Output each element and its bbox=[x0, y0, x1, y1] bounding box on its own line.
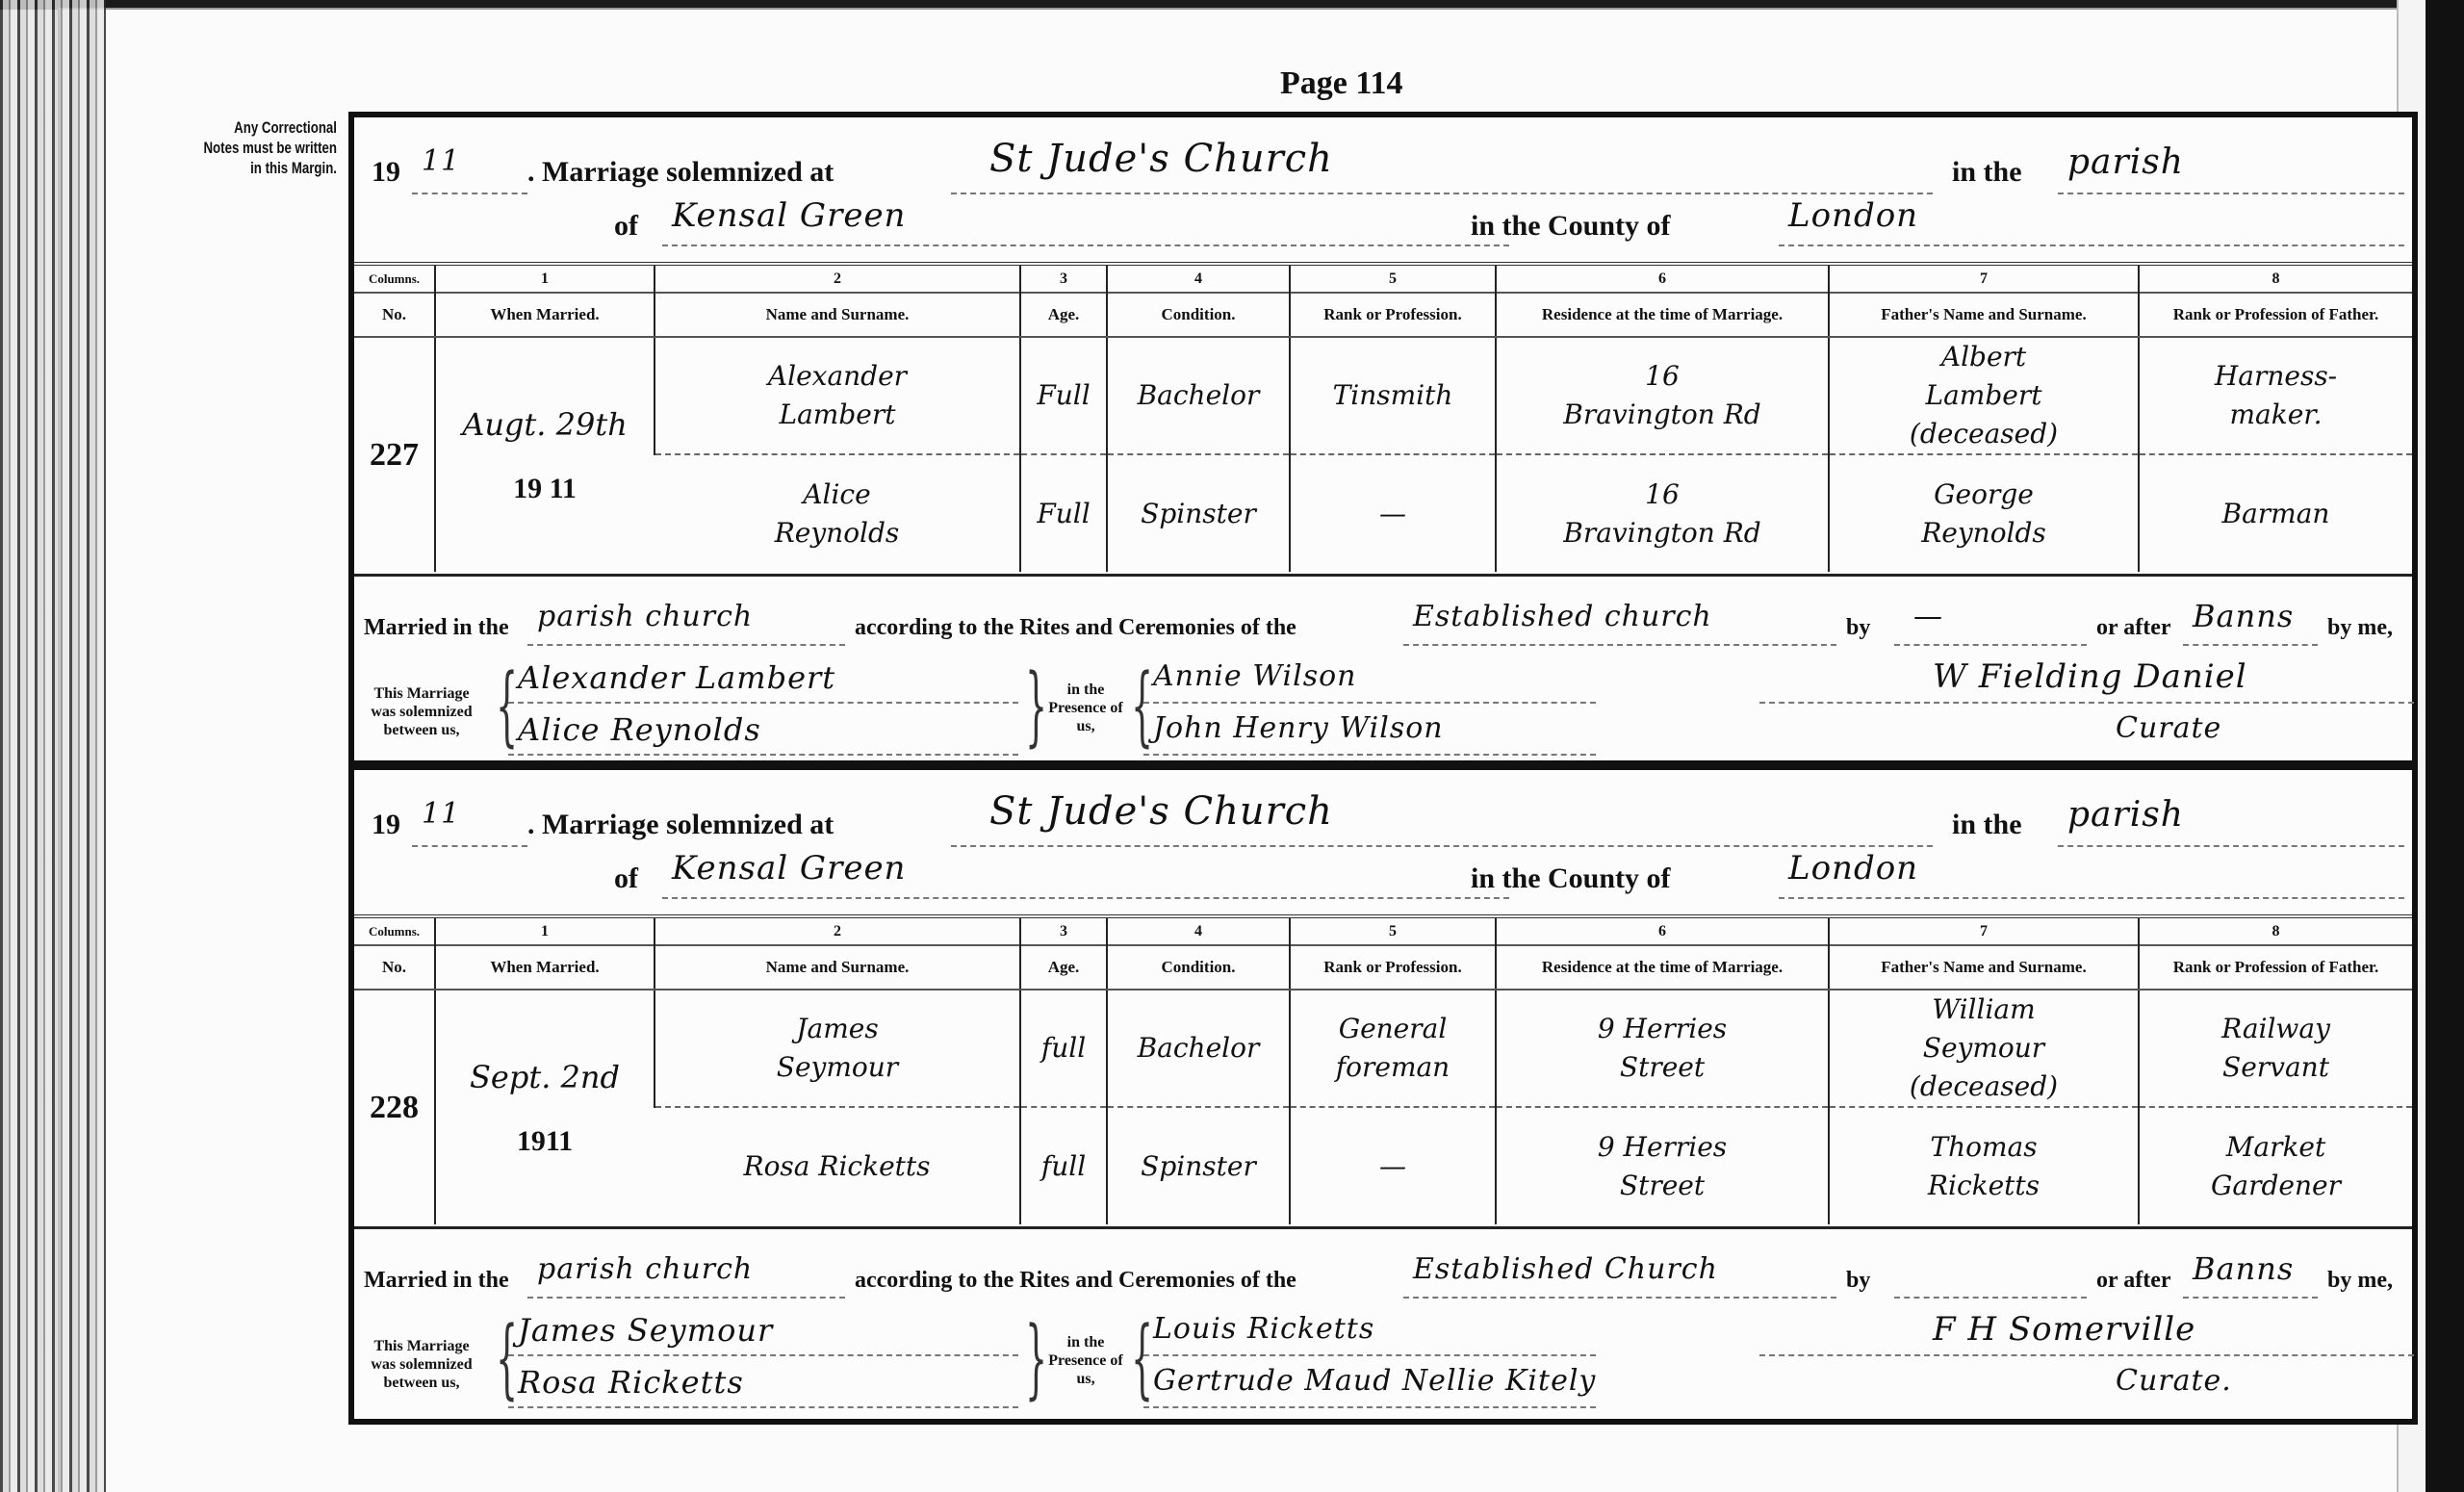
brace-left: { bbox=[496, 663, 518, 750]
rites-value: Established church bbox=[1413, 600, 1712, 633]
district-name: Kensal Green bbox=[672, 196, 906, 235]
entry-number: 228 bbox=[354, 990, 435, 1224]
bride-signature: Rosa Ricketts bbox=[518, 1364, 744, 1401]
in-the-label: in the bbox=[1952, 809, 2022, 841]
header-age: Age. bbox=[1020, 293, 1107, 337]
book-page-edges bbox=[0, 0, 106, 1492]
groom-signature: James Seymour bbox=[518, 1312, 773, 1349]
district-name: Kensal Green bbox=[672, 849, 906, 887]
rites-label: according to the Rites and Ceremonies of… bbox=[855, 1268, 1296, 1294]
header-father-profession: Rank or Profession of Father. bbox=[2139, 945, 2412, 990]
church-name: St Jude's Church bbox=[989, 789, 1333, 834]
county-name: London bbox=[1788, 849, 1918, 887]
groom-name: Alexander Lambert bbox=[654, 337, 1020, 454]
groom-residence: 9 Herries Street bbox=[1496, 990, 1829, 1107]
entry-number: 227 bbox=[354, 337, 435, 572]
groom-age: Full bbox=[1020, 337, 1107, 454]
header-residence: Residence at the time of Marriage. bbox=[1496, 945, 1829, 990]
header-residence: Residence at the time of Marriage. bbox=[1496, 293, 1829, 337]
bride-condition: Spinster bbox=[1107, 454, 1290, 572]
by-me-label: by me, bbox=[2327, 1268, 2393, 1294]
register-table: Columns. 1 2 3 4 5 6 7 8 No. When Marrie… bbox=[354, 914, 2412, 1224]
married-in-value: parish church bbox=[537, 600, 753, 633]
year-prefix: 19 bbox=[372, 809, 400, 841]
entry-footer: Married in the parish church according t… bbox=[354, 574, 2412, 766]
header-father-name: Father's Name and Surname. bbox=[1829, 293, 2139, 337]
header-name: Name and Surname. bbox=[654, 945, 1020, 990]
officiant-signature: W Fielding Daniel bbox=[1933, 657, 2247, 696]
rites-label: according to the Rites and Ceremonies of… bbox=[855, 615, 1296, 641]
entry-header: 19 11 . Marriage solemnized at St Jude's… bbox=[354, 117, 2412, 262]
entry-header: 19 11 . Marriage solemnized at St Jude's… bbox=[354, 770, 2412, 914]
bride-age: Full bbox=[1020, 454, 1107, 572]
married-in-label: Married in the bbox=[364, 1268, 509, 1294]
groom-profession: General foreman bbox=[1290, 990, 1496, 1107]
groom-father-profession: Railway Servant bbox=[2139, 990, 2412, 1107]
column-numbers: Columns. 1 2 3 4 5 6 7 8 bbox=[354, 916, 2412, 945]
brace-left: { bbox=[496, 1316, 518, 1402]
header-name: Name and Surname. bbox=[654, 293, 1020, 337]
year-value: 11 bbox=[422, 144, 460, 178]
county-name: London bbox=[1788, 196, 1918, 235]
bride-name: Rosa Ricketts bbox=[654, 1107, 1020, 1224]
church-name: St Jude's Church bbox=[989, 137, 1333, 181]
witness-1-signature: Annie Wilson bbox=[1153, 659, 1356, 693]
brace-right: { bbox=[1131, 1316, 1153, 1402]
header-no: No. bbox=[354, 293, 435, 337]
solemnized-between-label: This Marriage was solemnized between us, bbox=[364, 684, 479, 739]
column-numbers: Columns. 1 2 3 4 5 6 7 8 bbox=[354, 264, 2412, 293]
married-in-value: parish church bbox=[537, 1252, 753, 1286]
bride-father-profession: Barman bbox=[2139, 454, 2412, 572]
officiant-title: Curate. bbox=[2116, 1364, 2232, 1398]
district-type: parish bbox=[2067, 142, 2184, 182]
header-condition: Condition. bbox=[1107, 293, 1290, 337]
when-married-cell: Augt. 29th 19 11 bbox=[435, 337, 654, 572]
groom-father-name: Albert Lambert (deceased) bbox=[1829, 337, 2139, 454]
marriage-solemnized-label: . Marriage solemnized at bbox=[527, 156, 834, 189]
by-label: by bbox=[1846, 615, 1870, 641]
page-title: Page 114 bbox=[1280, 65, 1402, 102]
groom-condition: Bachelor bbox=[1107, 337, 1290, 454]
groom-residence: 16 Bravington Rd bbox=[1496, 337, 1829, 454]
brace-mid: } bbox=[1025, 663, 1047, 750]
bride-condition: Spinster bbox=[1107, 1107, 1290, 1224]
witness-2-signature: John Henry Wilson bbox=[1153, 711, 1444, 745]
rites-value: Established Church bbox=[1413, 1252, 1718, 1286]
when-married-cell: Sept. 2nd 1911 bbox=[435, 990, 654, 1224]
county-label: in the County of bbox=[1471, 862, 1671, 895]
marriage-entry: 19 11 . Marriage solemnized at St Jude's… bbox=[348, 760, 2418, 1425]
header-father-name: Father's Name and Surname. bbox=[1829, 945, 2139, 990]
header-when-married: When Married. bbox=[435, 945, 654, 990]
bride-profession: — bbox=[1290, 454, 1496, 572]
groom-age: full bbox=[1020, 990, 1107, 1107]
bride-father-profession: Market Gardener bbox=[2139, 1107, 2412, 1224]
when-married-date: Sept. 2nd bbox=[436, 1058, 654, 1096]
header-profession: Rank or Profession. bbox=[1290, 293, 1496, 337]
officiant-signature: F H Somerville bbox=[1933, 1310, 2195, 1349]
table-row-groom: 228 Sept. 2nd 1911 James Seymour full Ba… bbox=[354, 990, 2412, 1107]
witness-1-signature: Louis Ricketts bbox=[1153, 1312, 1374, 1346]
presence-label: in the Presence of us, bbox=[1047, 1333, 1124, 1388]
header-when-married: When Married. bbox=[435, 293, 654, 337]
header-age: Age. bbox=[1020, 945, 1107, 990]
or-after-label: or after bbox=[2096, 1268, 2171, 1294]
groom-profession: Tinsmith bbox=[1290, 337, 1496, 454]
groom-condition: Bachelor bbox=[1107, 990, 1290, 1107]
bride-name: Alice Reynolds bbox=[654, 454, 1020, 572]
scan-border bbox=[2425, 0, 2464, 1492]
by-label: by bbox=[1846, 1268, 1870, 1294]
when-married-date: Augt. 29th bbox=[436, 405, 654, 444]
groom-father-profession: Harness- maker. bbox=[2139, 337, 2412, 454]
brace-mid: } bbox=[1025, 1316, 1047, 1402]
table-row-bride: Alice Reynolds Full Spinster — 16 Bravin… bbox=[354, 454, 2412, 572]
register-table: Columns. 1 2 3 4 5 6 7 8 No. When Marrie… bbox=[354, 262, 2412, 572]
of-label: of bbox=[614, 210, 638, 243]
county-label: in the County of bbox=[1471, 210, 1671, 243]
of-label: of bbox=[614, 862, 638, 895]
bride-signature: Alice Reynolds bbox=[518, 711, 761, 748]
year-prefix: 19 bbox=[372, 156, 400, 189]
table-row-groom: 227 Augt. 29th 19 11 Alexander Lambert F… bbox=[354, 337, 2412, 454]
bride-father-name: George Reynolds bbox=[1829, 454, 2139, 572]
year-value: 11 bbox=[422, 797, 460, 831]
district-type: parish bbox=[2067, 795, 2184, 835]
bride-age: full bbox=[1020, 1107, 1107, 1224]
header-condition: Condition. bbox=[1107, 945, 1290, 990]
groom-father-name: William Seymour (deceased) bbox=[1829, 990, 2139, 1107]
bride-residence: 9 Herries Street bbox=[1496, 1107, 1829, 1224]
bride-father-name: Thomas Ricketts bbox=[1829, 1107, 2139, 1224]
married-in-label: Married in the bbox=[364, 615, 509, 641]
solemnized-between-label: This Marriage was solemnized between us, bbox=[364, 1337, 479, 1392]
marriage-solemnized-label: . Marriage solemnized at bbox=[527, 809, 834, 841]
column-headers: No. When Married. Name and Surname. Age.… bbox=[354, 293, 2412, 337]
header-father-profession: Rank or Profession of Father. bbox=[2139, 293, 2412, 337]
margin-note: Any Correctional Notes must be written i… bbox=[202, 117, 337, 178]
header-no: No. bbox=[354, 945, 435, 990]
brace-right: { bbox=[1131, 663, 1153, 750]
bride-residence: 16 Bravington Rd bbox=[1496, 454, 1829, 572]
when-married-year: 1911 bbox=[436, 1125, 654, 1158]
marriage-entry: 19 11 . Marriage solemnized at St Jude's… bbox=[348, 112, 2418, 766]
or-after-value: Banns bbox=[2193, 1250, 2294, 1287]
in-the-label: in the bbox=[1952, 156, 2022, 189]
by-me-label: by me, bbox=[2327, 615, 2393, 641]
groom-signature: Alexander Lambert bbox=[518, 659, 835, 696]
or-after-label: or after bbox=[2096, 615, 2171, 641]
officiant-title: Curate bbox=[2116, 711, 2221, 745]
presence-label: in the Presence of us, bbox=[1047, 681, 1124, 735]
bride-profession: — bbox=[1290, 1107, 1496, 1224]
groom-name: James Seymour bbox=[654, 990, 1020, 1107]
header-profession: Rank or Profession. bbox=[1290, 945, 1496, 990]
or-after-value: Banns bbox=[2193, 598, 2294, 634]
table-row-bride: Rosa Ricketts full Spinster — 9 Herries … bbox=[354, 1107, 2412, 1224]
by-value: — bbox=[1913, 600, 1943, 633]
column-headers: No. When Married. Name and Surname. Age.… bbox=[354, 945, 2412, 990]
witness-2-signature: Gertrude Maud Nellie Kitely bbox=[1153, 1364, 1596, 1398]
entry-footer: Married in the parish church according t… bbox=[354, 1226, 2412, 1419]
when-married-year: 19 11 bbox=[436, 473, 654, 505]
